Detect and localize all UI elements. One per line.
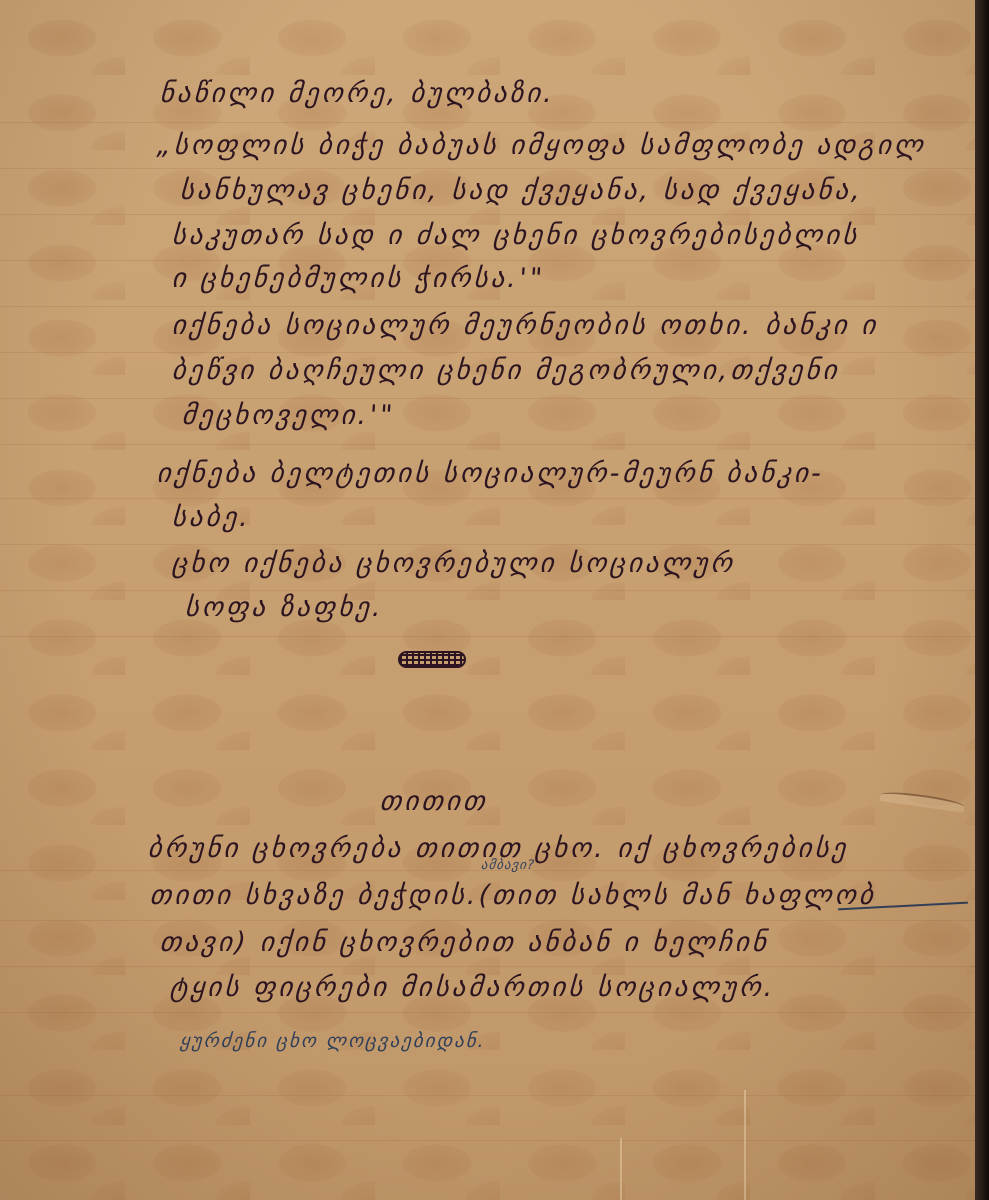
ruled-line <box>0 920 975 921</box>
ruled-line <box>0 1095 975 1096</box>
ruled-line <box>0 214 975 215</box>
ruled-line <box>0 498 975 499</box>
paper-tear <box>880 789 966 813</box>
notebook-binding-edge <box>975 0 989 1200</box>
text-line: იქნება სოციალურ მეურნეობის ოთხი. ბანკი ი <box>171 310 880 341</box>
ruled-line <box>0 260 975 261</box>
text-line: სოფა ზაფხე. <box>184 592 385 623</box>
ruled-line <box>0 590 975 591</box>
paper-crease <box>744 1090 746 1200</box>
text-line: სანხულავ ცხენი, სად ქვეყანა, სად ქვეყანა… <box>179 175 864 206</box>
ruled-line <box>0 544 975 545</box>
ruled-line <box>0 1140 975 1141</box>
ruled-line <box>0 966 975 967</box>
crossed-out-scribble <box>398 651 466 668</box>
annotation: ამბავი? <box>480 858 535 873</box>
heading-line: ნაწილი მეორე, ბულბაზი. <box>159 78 556 109</box>
section-title: თითით <box>379 786 489 817</box>
ruled-line <box>0 352 975 353</box>
text-line: თავი) იქინ ცხოვრებით ანბან ი ხელჩინ <box>159 927 770 958</box>
text-line: მეცხოველი.'" <box>181 400 396 431</box>
ruled-line <box>0 1012 975 1013</box>
text-line: საკუთარ სად ი ძალ ცხენი ცხოვრებისებლის <box>171 220 861 251</box>
ruled-line <box>0 122 975 123</box>
text-line: ი ცხენებმულის ჭირსა.'" <box>171 263 546 294</box>
ruled-line <box>0 306 975 307</box>
ruled-line <box>0 636 975 637</box>
text-line: საბე. <box>171 502 252 533</box>
text-line: „სოფლის ბიჭე ბაბუას იმყოფა სამფლობე ადგი… <box>156 130 927 161</box>
text-line: თითი სხვაზე ბეჭდის.(თით სახლს მან ხაფლობ <box>149 880 877 911</box>
text-line: ტყის ფიცრები მისამართის სოციალურ. <box>169 972 777 1003</box>
ruled-line <box>0 398 975 399</box>
text-line: ცხო იქნება ცხოვრებული სოციალურ <box>171 548 736 579</box>
blue-ink-note: ყურძენი ცხო ლოცვაებიდან. <box>179 1030 486 1052</box>
manuscript-page: ნაწილი მეორე, ბულბაზი. „სოფლის ბიჭე ბაბუ… <box>0 0 975 1200</box>
text-line: ბეწვი ბაღჩეული ცხენი მეგობრული,თქვენი <box>171 355 841 386</box>
ruled-line <box>0 444 975 445</box>
ruled-line <box>0 168 975 169</box>
text-line: იქნება ბელტეთის სოციალურ-მეურნ ბანკი- <box>156 458 825 489</box>
paper-crease <box>620 1138 622 1200</box>
